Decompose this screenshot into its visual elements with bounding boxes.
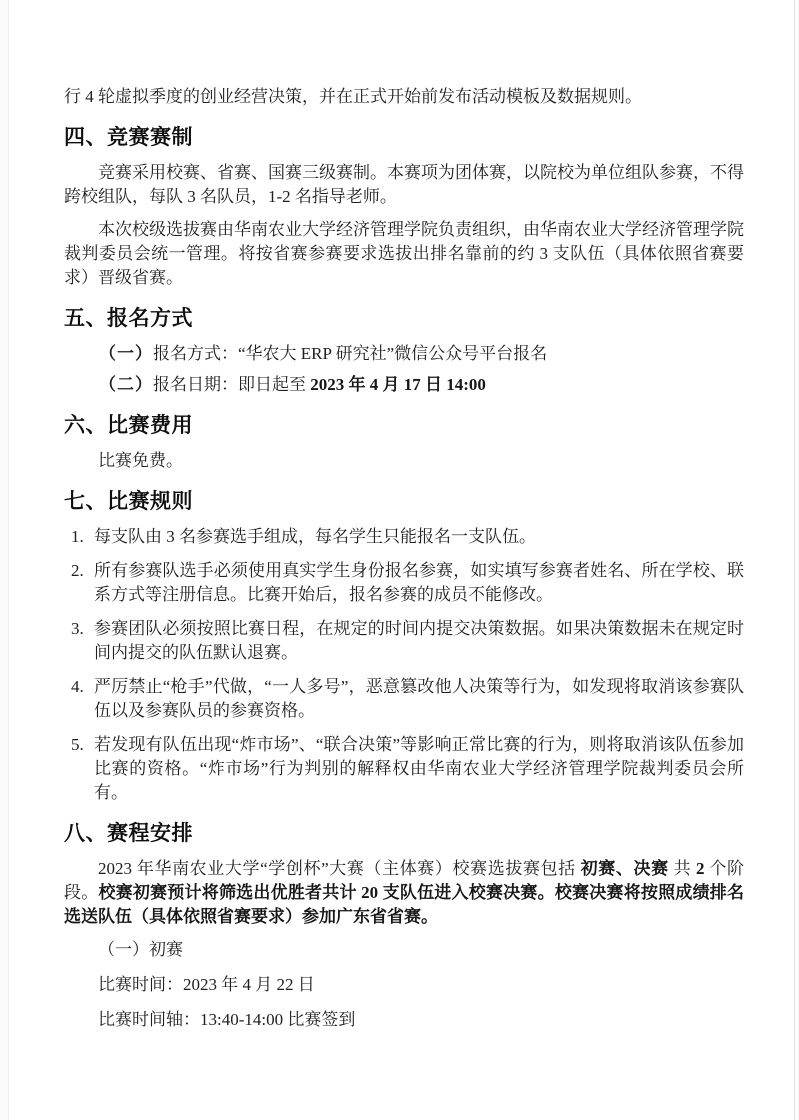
rule-text-4: 严厉禁止“枪手”代做，“一人多号”，恶意篡改他人决策等行为，如发现将取消该参赛队… bbox=[94, 677, 744, 720]
rule-text-1: 每支队由 3 名参赛选手组成，每名学生只能报名一支队伍。 bbox=[94, 527, 536, 546]
schedule-run-1: 2023 年华南农业大学“学创杯”大赛（主体赛）校赛选拔赛包括 bbox=[98, 859, 581, 878]
rule-item-2: 2.所有参赛队选手必须使用真实学生身份报名参赛，如实填写参赛者姓名、所在学校、联… bbox=[64, 559, 744, 607]
preliminary-round-label: （一）初赛 bbox=[64, 938, 744, 962]
rule-number-1: 1. bbox=[71, 525, 84, 549]
match-date-line: 比赛时间：2023 年 4 月 22 日 bbox=[64, 973, 744, 997]
registration-date-item: （二）报名日期：即日起至 2023 年 4 月 17 日 14:00 bbox=[99, 373, 744, 397]
section-heading-6: 六、比赛费用 bbox=[64, 411, 744, 441]
schedule-run-6-bold: 校赛初赛预计将筛选出优胜者共计 20 支队伍进入校赛决赛。校赛决赛将按照成绩排名… bbox=[64, 883, 744, 926]
rule-number-3: 3. bbox=[71, 617, 84, 641]
registration-date-text: 报名日期：即日起至 bbox=[153, 375, 310, 394]
rule-text-3: 参赛团队必须按照比赛日程，在规定的时间内提交决策数据。如果决策数据未在规定时间内… bbox=[94, 619, 744, 662]
section-heading-5: 五、报名方式 bbox=[64, 304, 744, 334]
registration-deadline: 2023 年 4 月 17 日 14:00 bbox=[310, 375, 486, 394]
rule-number-4: 4. bbox=[71, 675, 84, 699]
item-label-1: （一） bbox=[99, 344, 153, 363]
rule-text-2: 所有参赛队选手必须使用真实学生身份报名参赛，如实填写参赛者姓名、所在学校、联系方… bbox=[94, 561, 744, 604]
paragraph-competition-format-2: 本次校级选拔赛由华南农业大学经济管理学院负责组织，由华南农业大学经济管理学院裁判… bbox=[64, 218, 744, 290]
registration-method-item: （一）报名方式：“华农大 ERP 研究社”微信公众号平台报名 bbox=[99, 342, 744, 366]
paragraph-schedule-overview: 2023 年华南农业大学“学创杯”大赛（主体赛）校赛选拔赛包括 初赛、决赛 共 … bbox=[64, 857, 744, 929]
rule-item-4: 4.严厉禁止“枪手”代做，“一人多号”，恶意篡改他人决策等行为，如发现将取消该参… bbox=[64, 675, 744, 723]
rule-item-5: 5.若发现有队伍出现“炸市场”、“联合决策”等影响正常比赛的行为，则将取消该队伍… bbox=[64, 733, 744, 805]
match-timeline-line: 比赛时间轴：13:40-14:00 比赛签到 bbox=[64, 1008, 744, 1032]
paragraph-fee: 比赛免费。 bbox=[64, 449, 744, 473]
section-heading-4: 四、竞赛赛制 bbox=[64, 123, 744, 153]
section-heading-8: 八、赛程安排 bbox=[64, 819, 744, 849]
registration-method-text: 报名方式：“华农大 ERP 研究社”微信公众号平台报名 bbox=[153, 344, 547, 363]
schedule-run-3: 共 bbox=[669, 859, 696, 878]
rule-text-5: 若发现有队伍出现“炸市场”、“联合决策”等影响正常比赛的行为，则将取消该队伍参加… bbox=[94, 735, 744, 802]
rule-item-3: 3.参赛团队必须按照比赛日程，在规定的时间内提交决策数据。如果决策数据未在规定时… bbox=[64, 617, 744, 665]
schedule-run-2-bold: 初赛、决赛 bbox=[581, 859, 669, 878]
document-page: 行 4 轮虚拟季度的创业经营决策，并在正式开始前发布活动模板及数据规则。 四、竞… bbox=[8, 0, 795, 1120]
paragraph-competition-format-1: 竞赛采用校赛、省赛、国赛三级赛制。本赛项为团体赛，以院校为单位组队参赛，不得跨校… bbox=[64, 161, 744, 209]
continuation-paragraph: 行 4 轮虚拟季度的创业经营决策，并在正式开始前发布活动模板及数据规则。 bbox=[64, 85, 744, 109]
rule-number-5: 5. bbox=[71, 733, 84, 757]
schedule-run-4-bold: 2 bbox=[696, 859, 705, 878]
rule-item-1: 1.每支队由 3 名参赛选手组成，每名学生只能报名一支队伍。 bbox=[64, 525, 744, 549]
item-label-2: （二） bbox=[99, 375, 153, 394]
rule-number-2: 2. bbox=[71, 559, 84, 583]
section-heading-7: 七、比赛规则 bbox=[64, 487, 744, 517]
